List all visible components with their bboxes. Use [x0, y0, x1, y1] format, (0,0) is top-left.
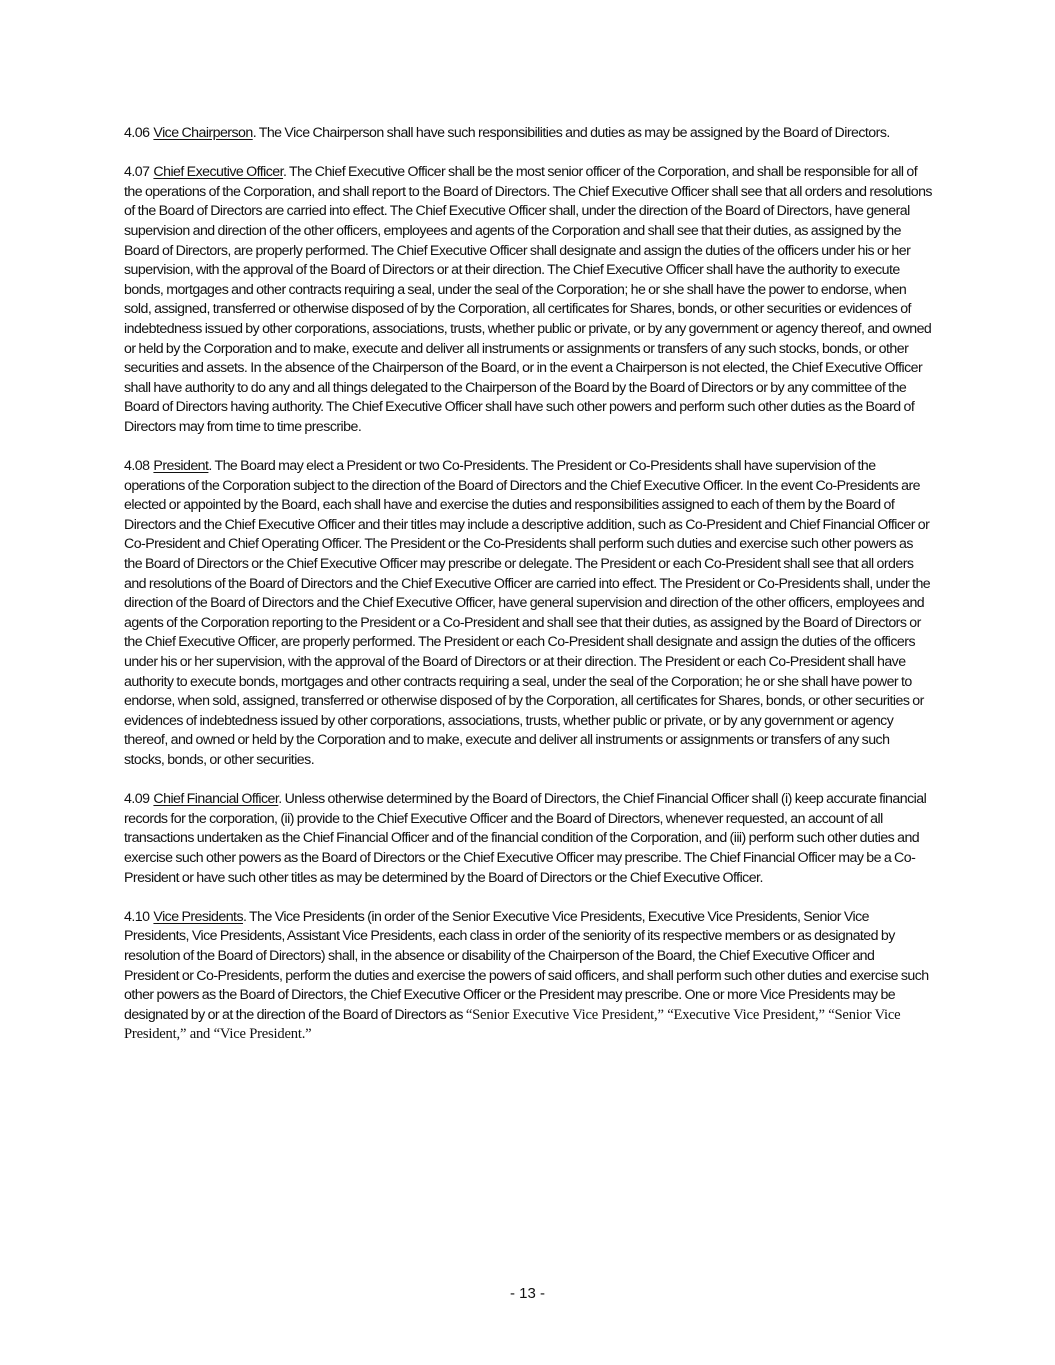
- section-4-08: 4.08President. The Board may elect a Pre…: [124, 457, 932, 771]
- section-4-10: 4.10Vice Presidents. The Vice Presidents…: [124, 908, 932, 1045]
- document-page: 4.06Vice Chairperson. The Vice Chairpers…: [0, 0, 1055, 1365]
- section-number: 4.09: [124, 791, 149, 807]
- section-text: . The Chief Executive Officer shall be t…: [124, 164, 932, 435]
- section-title: Vice Presidents: [153, 909, 243, 925]
- section-title: Vice Chairperson: [153, 125, 252, 141]
- section-number: 4.07: [124, 164, 149, 180]
- section-title: Chief Executive Officer: [153, 164, 283, 180]
- section-text: . The Vice Presidents (in order of the S…: [124, 909, 929, 1023]
- document-body: 4.06Vice Chairperson. The Vice Chairpers…: [124, 124, 932, 1065]
- section-title: President: [153, 458, 208, 474]
- section-number: 4.08: [124, 458, 149, 474]
- section-number: 4.10: [124, 909, 149, 925]
- section-number: 4.06: [124, 125, 149, 141]
- section-4-09: 4.09Chief Financial Officer. Unless othe…: [124, 790, 932, 888]
- section-text: . The Board may elect a President or two…: [124, 458, 930, 768]
- section-text: . The Vice Chairperson shall have such r…: [253, 125, 890, 141]
- page-number: - 13 -: [0, 1285, 1055, 1302]
- section-4-07: 4.07Chief Executive Officer. The Chief E…: [124, 163, 932, 437]
- section-4-06: 4.06Vice Chairperson. The Vice Chairpers…: [124, 124, 932, 144]
- section-title: Chief Financial Officer: [153, 791, 278, 807]
